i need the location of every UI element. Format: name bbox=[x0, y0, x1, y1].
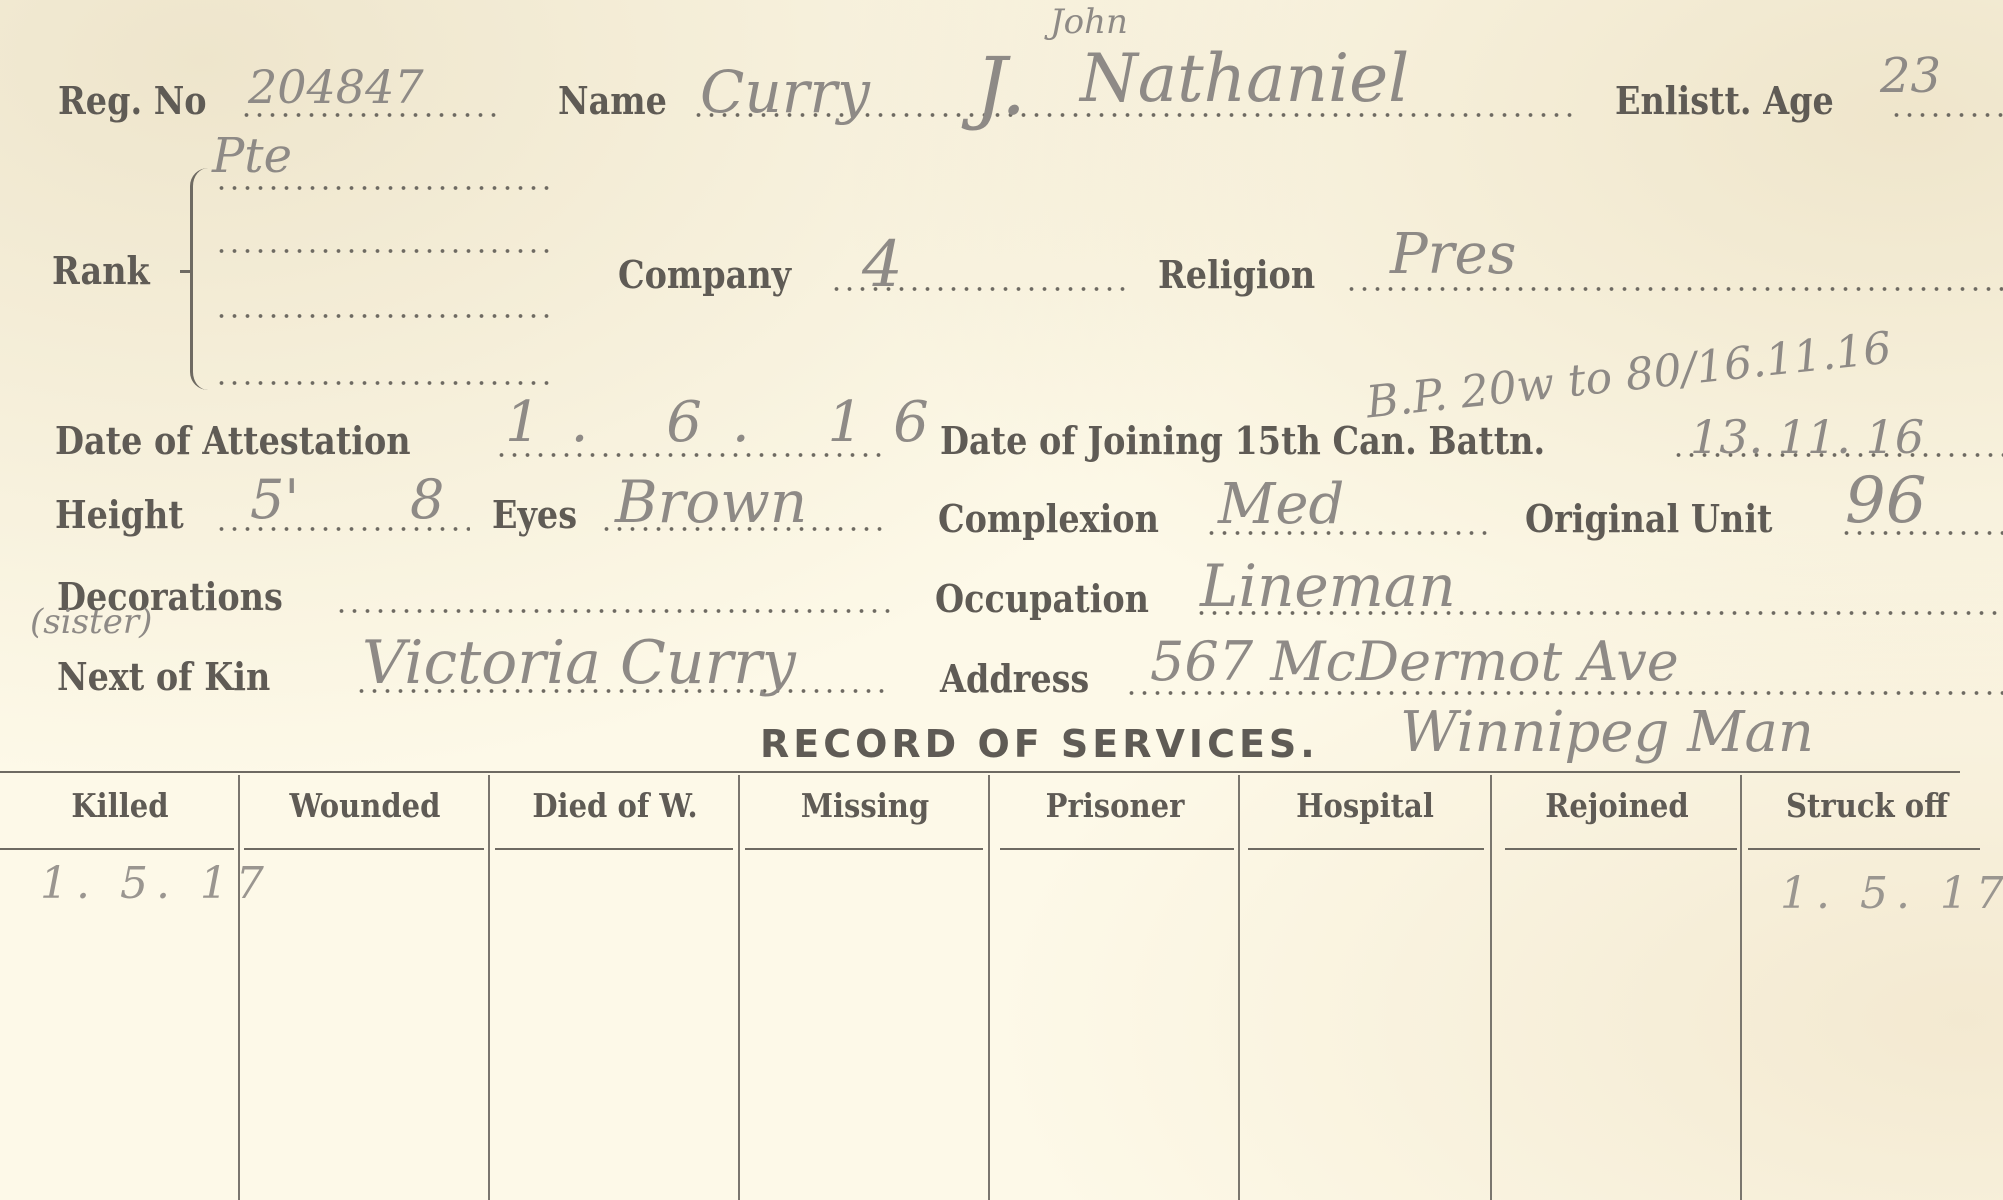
occupation-label: Occupation bbox=[935, 576, 1149, 621]
table-top-rule bbox=[0, 771, 1960, 773]
column-divider bbox=[1740, 775, 1742, 1200]
column-divider bbox=[988, 775, 990, 1200]
attestation-date-value: 1. 6. 16 bbox=[505, 390, 959, 455]
company-value: 4 bbox=[862, 228, 903, 302]
reg-no-label: Reg. No bbox=[58, 78, 207, 123]
header-rule bbox=[244, 848, 484, 850]
column-header-rejoined: Rejoined bbox=[1507, 786, 1727, 825]
column-divider bbox=[1238, 775, 1240, 1200]
header-rule bbox=[1248, 848, 1484, 850]
struck-off-value: 1. 5. 17 bbox=[1780, 868, 2003, 919]
rank-label: Rank bbox=[52, 248, 150, 293]
height-inches: 8 bbox=[410, 468, 444, 531]
header-rule bbox=[1748, 848, 1980, 850]
religion-label: Religion bbox=[1158, 252, 1315, 297]
enlist-age-label: Enlistt. Age bbox=[1615, 78, 1834, 123]
address-label: Address bbox=[940, 656, 1089, 701]
column-header-missing: Missing bbox=[755, 786, 975, 825]
joining-date-label: Date of Joining 15th Can. Battn. bbox=[940, 418, 1545, 463]
name-given: Nathaniel bbox=[1080, 40, 1409, 117]
original-unit-value: 96 bbox=[1845, 464, 1926, 538]
record-of-services-title: RECORD OF SERVICES. bbox=[760, 722, 1319, 766]
complexion-label: Complexion bbox=[938, 496, 1159, 541]
rank-line-4 bbox=[215, 380, 555, 386]
joining-date-value: 13. 11. 16 bbox=[1690, 410, 1924, 464]
name-given-insert: John bbox=[1050, 2, 1128, 42]
rank-line-2 bbox=[215, 248, 555, 254]
rank-value: Pte bbox=[212, 128, 292, 184]
name-label: Name bbox=[558, 78, 667, 123]
rank-brace bbox=[190, 168, 213, 390]
rank-brace-tip bbox=[180, 270, 192, 273]
header-rule bbox=[0, 848, 234, 850]
header-rule bbox=[1000, 848, 1234, 850]
company-label: Company bbox=[618, 252, 791, 297]
column-divider bbox=[738, 775, 740, 1200]
name-initial: J. bbox=[975, 40, 1026, 133]
original-unit-label: Original Unit bbox=[1525, 496, 1772, 541]
column-divider bbox=[1490, 775, 1492, 1200]
eyes-value: Brown bbox=[615, 468, 807, 536]
name-surname: Curry bbox=[700, 58, 870, 126]
column-divider bbox=[238, 775, 240, 1200]
address-line1: 567 McDermot Ave bbox=[1150, 630, 1679, 693]
header-rule bbox=[745, 848, 983, 850]
rank-line-1 bbox=[215, 185, 555, 191]
complexion-value: Med bbox=[1218, 472, 1344, 537]
column-header-wounded: Wounded bbox=[255, 786, 475, 825]
column-header-killed: Killed bbox=[14, 786, 225, 825]
column-divider bbox=[488, 775, 490, 1200]
header-rule bbox=[1505, 848, 1737, 850]
enlist-age-value: 23 bbox=[1880, 48, 1941, 104]
rank-line-3 bbox=[215, 313, 555, 319]
reg-no-value: 204847 bbox=[248, 60, 424, 114]
killed-value: 1. 5. 17 bbox=[40, 858, 272, 909]
eyes-label: Eyes bbox=[492, 492, 577, 537]
height-feet: 5' bbox=[250, 468, 299, 531]
column-header-died-of-wounds: Died of W. bbox=[505, 786, 725, 825]
header-rule bbox=[495, 848, 733, 850]
decorations-dotted-line bbox=[335, 608, 890, 614]
attestation-date-label: Date of Attestation bbox=[55, 418, 411, 463]
column-header-prisoner: Prisoner bbox=[1005, 786, 1225, 825]
address-line2: Winnipeg Man bbox=[1400, 700, 1814, 765]
next-of-kin-label: Next of Kin bbox=[57, 654, 270, 699]
column-header-struck-off: Struck off bbox=[1757, 786, 1977, 825]
attestation-card: Reg. No 204847 Name Curry J. John Nathan… bbox=[0, 0, 2003, 1200]
next-of-kin-value: Victoria Curry bbox=[362, 628, 796, 698]
occupation-value: Lineman bbox=[1200, 552, 1456, 620]
column-header-hospital: Hospital bbox=[1255, 786, 1475, 825]
enlist-age-dotted-line bbox=[1890, 112, 2003, 118]
next-of-kin-relation: (sister) bbox=[30, 602, 152, 642]
religion-value: Pres bbox=[1390, 222, 1516, 287]
height-label: Height bbox=[55, 492, 184, 537]
